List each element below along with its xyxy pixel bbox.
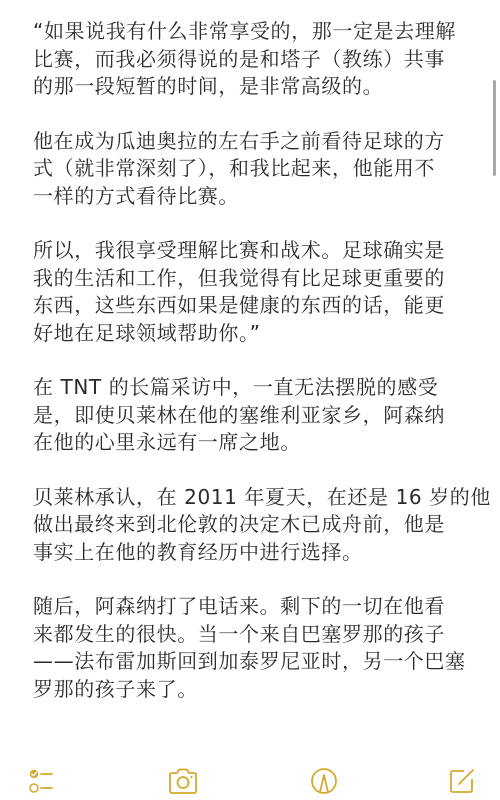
- paragraph: “如果说我有什么非常享受的，那一定是去理解 比赛，而我必须得说的是和塔子（教练）…: [33, 18, 473, 101]
- text-line: 我的生活和工作，但我觉得有比足球更重要的: [33, 265, 473, 293]
- text-line: 式（就非常深刻了），和我比起来，他能用不: [33, 155, 473, 183]
- camera-icon: [166, 766, 200, 796]
- text-line: 做出最终来到北伦敦的决定木已成舟前，他是: [33, 511, 473, 539]
- text-line: 是，即使贝莱林在他的塞维利亚家乡，阿森纳: [33, 402, 473, 430]
- camera-button[interactable]: [165, 766, 201, 796]
- markup-button[interactable]: [308, 766, 340, 796]
- compose-button[interactable]: [446, 766, 478, 796]
- note-body[interactable]: “如果说我有什么非常享受的，那一定是去理解 比赛，而我必须得说的是和塔子（教练）…: [33, 18, 473, 730]
- text-line: 罗那的孩子来了。: [33, 676, 473, 704]
- text-line: 的那一段短暂的时间，是非常高级的。: [33, 73, 473, 101]
- text-line: 东西，这些东西如果是健康的东西的话，能更: [33, 292, 473, 320]
- text-line: 在 TNT 的长篇采访中，一直无法摆脱的感受: [33, 374, 473, 402]
- vertical-scrollbar[interactable]: [493, 80, 496, 176]
- paragraph: 所以，我很享受理解比赛和战术。足球确实是 我的生活和工作，但我觉得有比足球更重要…: [33, 237, 473, 347]
- text-line: 事实上在他的教育经历中进行选择。: [33, 539, 473, 567]
- text-line: 随后，阿森纳打了电话来。剩下的一切在他看: [33, 593, 473, 621]
- text-line: 贝莱林承认，在 2011 年夏天，在还是 16 岁的他: [33, 484, 473, 512]
- paragraph: 他在成为瓜迪奥拉的左右手之前看待足球的方 式（就非常深刻了），和我比起来，他能用…: [33, 128, 473, 211]
- paragraph: 在 TNT 的长篇采访中，一直无法摆脱的感受 是，即使贝莱林在他的塞维利亚家乡，…: [33, 374, 473, 457]
- text-line: 他在成为瓜迪奥拉的左右手之前看待足球的方: [33, 128, 473, 156]
- paragraph: 贝莱林承认，在 2011 年夏天，在还是 16 岁的他 做出最终来到北伦敦的决定…: [33, 484, 473, 567]
- text-line: “如果说我有什么非常享受的，那一定是去理解: [33, 18, 473, 46]
- paragraph: 随后，阿森纳打了电话来。剩下的一切在他看 来都发生的很快。当一个来自巴塞罗那的孩…: [33, 593, 473, 703]
- text-line: 比赛，而我必须得说的是和塔子（教练）共事: [33, 46, 473, 74]
- bottom-toolbar: [0, 762, 500, 800]
- text-line: ——法布雷加斯回到加泰罗尼亚时，另一个巴塞: [33, 648, 473, 676]
- text-line: 好地在足球领域帮助你。”: [33, 320, 473, 348]
- text-line: 在他的心里永远有一席之地。: [33, 429, 473, 457]
- text-line: 一样的方式看待比赛。: [33, 183, 473, 211]
- text-line: 所以，我很享受理解比赛和战术。足球确实是: [33, 237, 473, 265]
- checklist-button[interactable]: [26, 766, 60, 796]
- text-line: 来都发生的很快。当一个来自巴塞罗那的孩子: [33, 621, 473, 649]
- checklist-icon: [28, 766, 58, 796]
- compose-icon: [447, 766, 477, 796]
- markup-pen-icon: [309, 766, 339, 796]
